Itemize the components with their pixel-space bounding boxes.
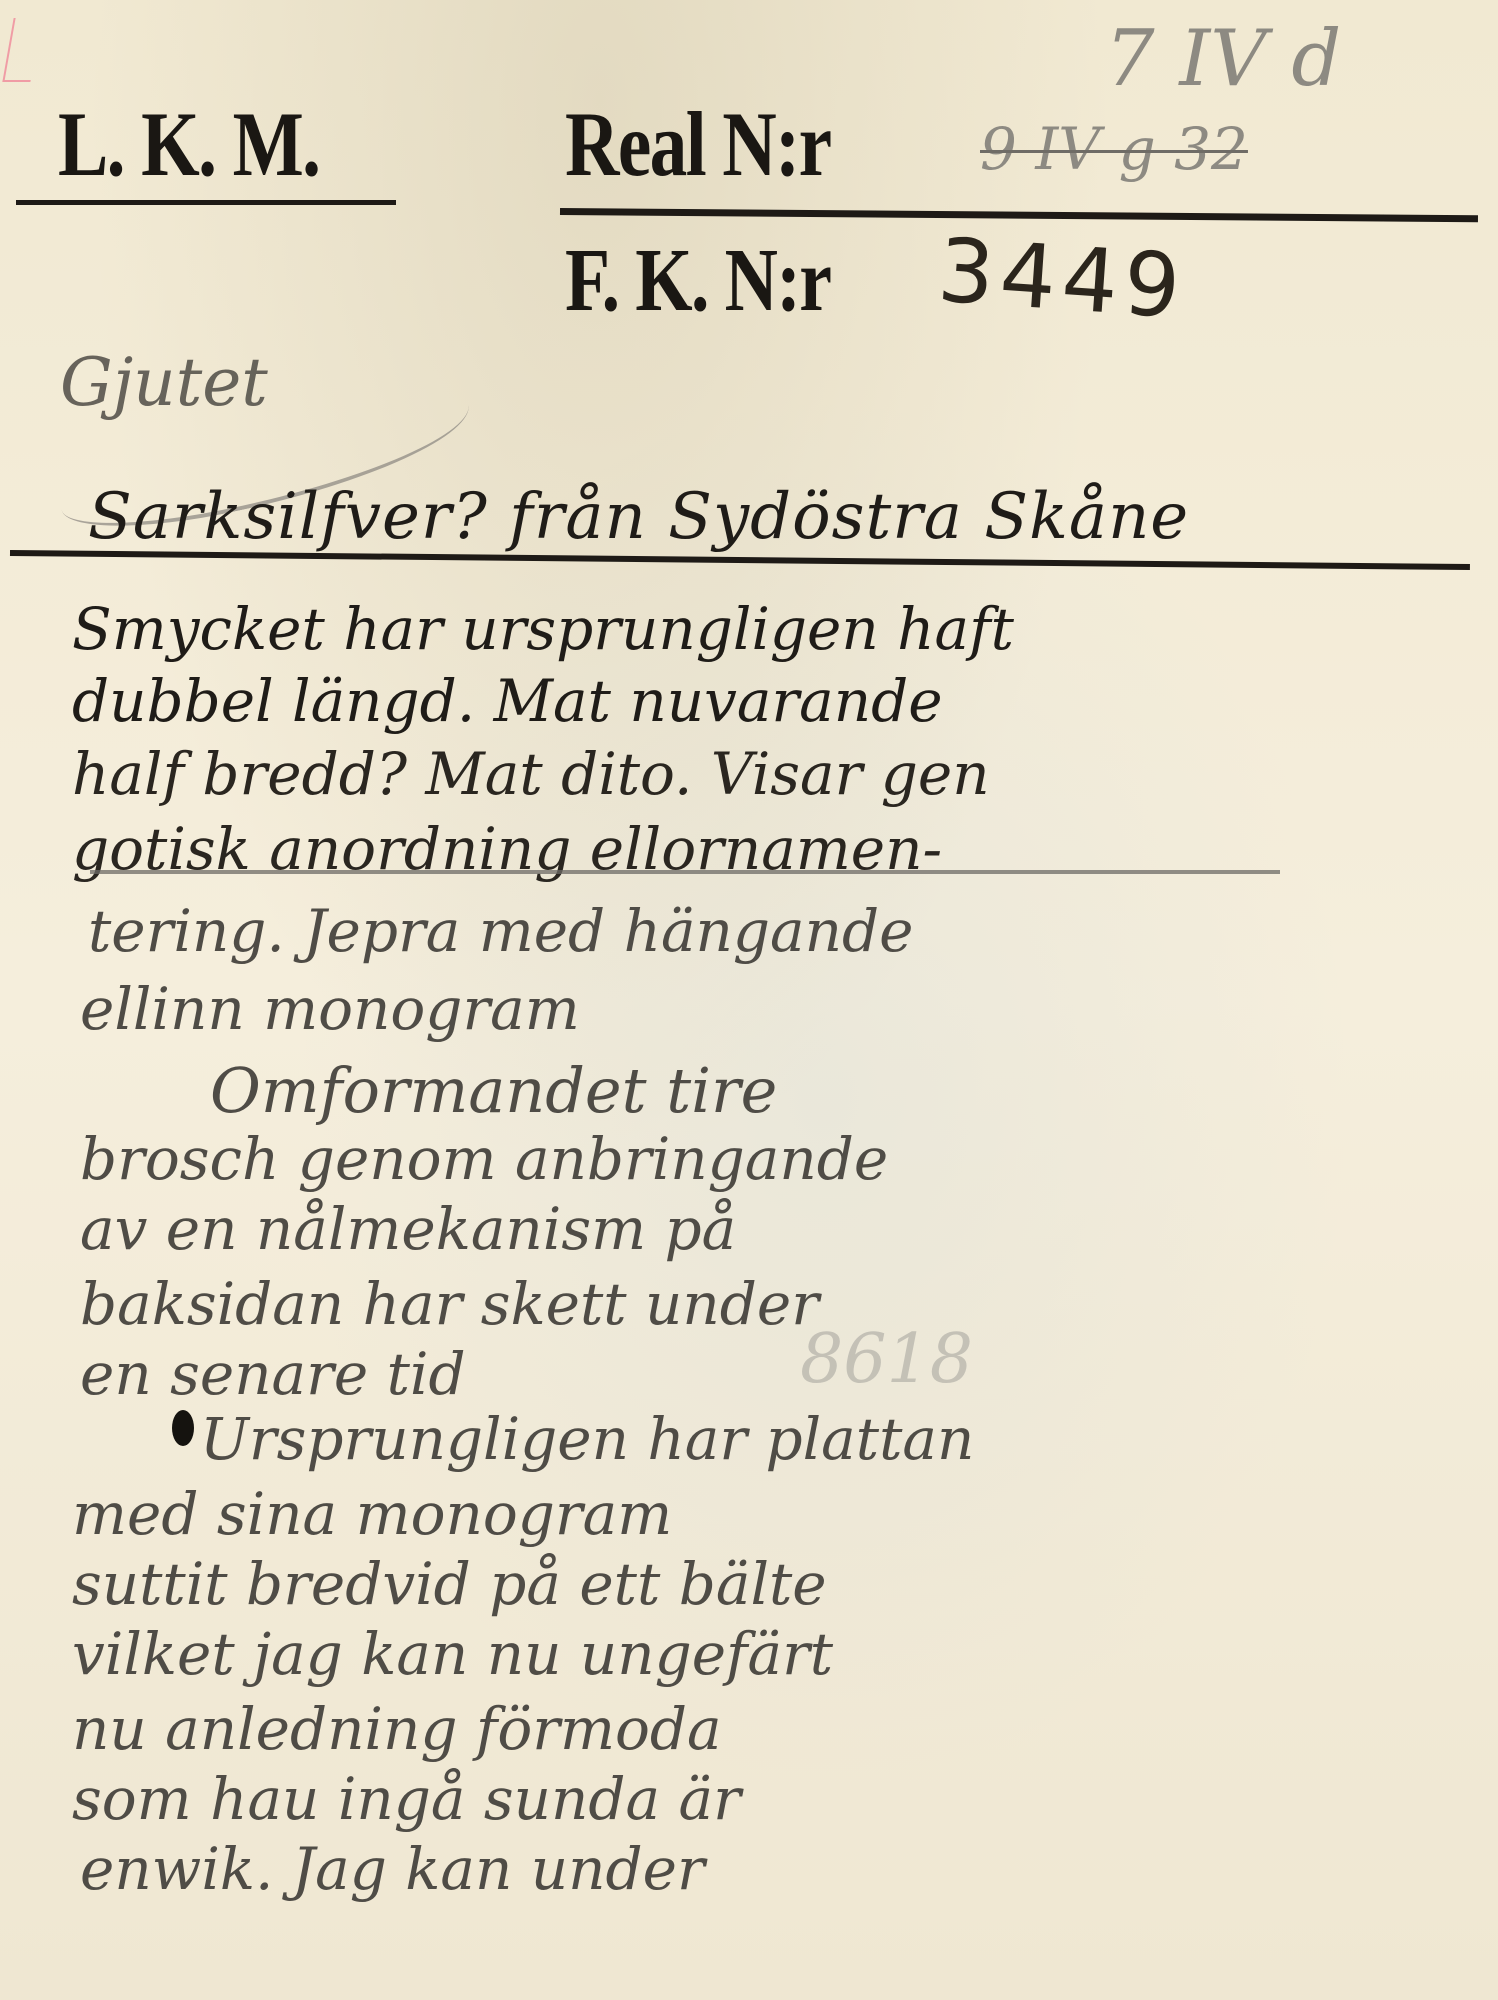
- museum-label: L. K. M.: [58, 98, 319, 190]
- header-rule-left: [16, 200, 396, 205]
- body-line: som hau ingå sunda är: [72, 1770, 741, 1828]
- body-line: brosch genom anbringande: [80, 1130, 888, 1188]
- body-line: en senare tid: [80, 1345, 466, 1403]
- body-line: enwik. Jag kan under: [80, 1840, 705, 1898]
- body-line: av en nålmekanism på: [80, 1200, 736, 1258]
- body-line: nu anledning förmoda: [72, 1700, 722, 1758]
- fk-nr-value: 3449: [935, 226, 1188, 331]
- header-rule-right: [560, 208, 1478, 222]
- body-line: dubbel längd. Mat nuvarande: [72, 672, 943, 730]
- body-line: half bredd? Mat dito. Visar gen: [72, 745, 990, 803]
- ink-blot: [172, 1410, 194, 1446]
- underline-stroke: [90, 870, 1280, 874]
- body-line: Omformandet tire: [210, 1060, 777, 1122]
- real-nr-label: Real N:r: [565, 98, 830, 190]
- body-line: Ursprungligen har plattan: [200, 1410, 974, 1468]
- pink-check-mark-icon: [2, 18, 41, 82]
- fk-nr-label: F. K. N:r: [565, 236, 830, 326]
- body-line: Smycket har ursprungligen haft: [72, 600, 1014, 658]
- object-title: Sarksilfver? från Sydöstra Skåne: [88, 485, 1189, 549]
- real-nr-crossed-value: 9 IV g 32: [980, 120, 1248, 178]
- body-line: suttit bredvid på ett bälte: [72, 1555, 827, 1613]
- body-line: tering. Jepra med hängande: [88, 902, 913, 960]
- body-line: med sina monogram: [72, 1485, 672, 1543]
- body-line: ellinn monogram: [80, 980, 580, 1038]
- faint-pencil-number: 8618: [800, 1320, 973, 1399]
- category-label: Gjutet: [60, 350, 268, 416]
- body-line: vilket jag kan nu ungefärt: [72, 1625, 833, 1683]
- real-nr-new-value: 7 IV d: [1105, 20, 1341, 98]
- body-line: baksidan har skett under: [80, 1275, 819, 1333]
